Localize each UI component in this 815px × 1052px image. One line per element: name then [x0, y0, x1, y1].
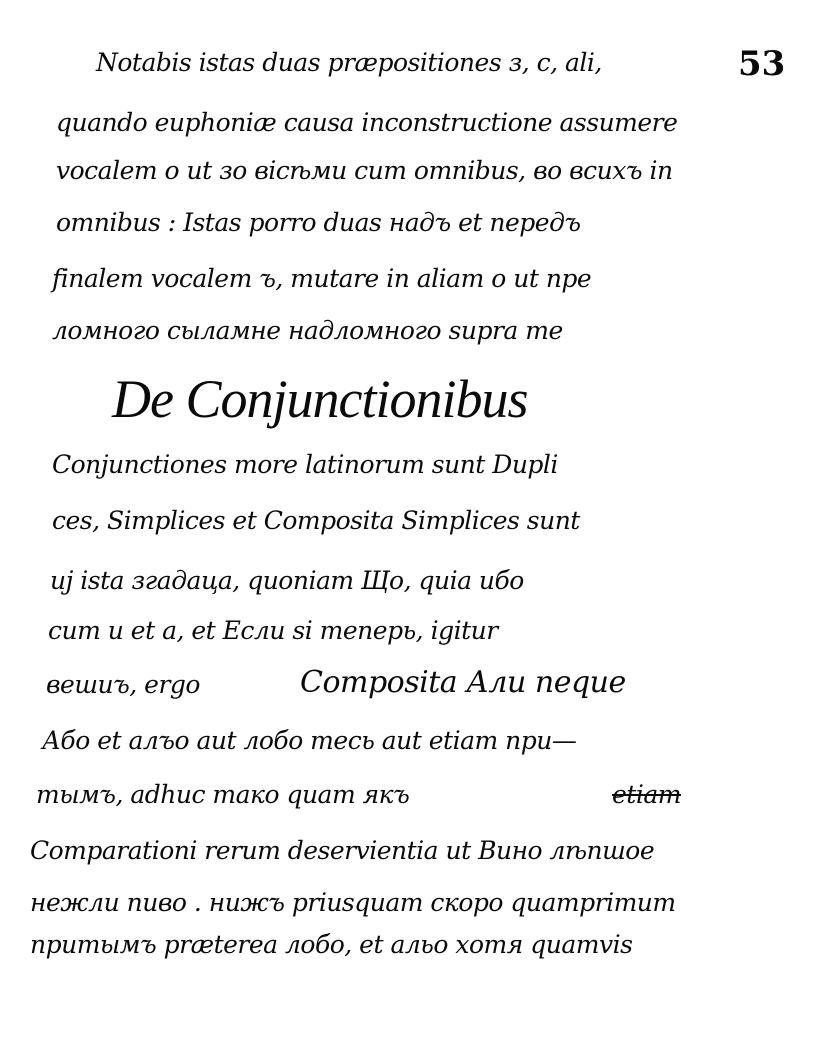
text-line: ces, Simplices et Composita Simplices su… — [52, 508, 580, 533]
text-line: вешиъ, ergo — [46, 672, 200, 697]
text-line: omnibus : Istas porro duas надъ et перед… — [56, 210, 581, 235]
text-line: Notabis istas duas præpositiones з, с, a… — [96, 50, 602, 75]
text-line: Conjunctiones more latinorum sunt Dupli — [52, 452, 558, 477]
text-line: Comparationi rerum deservientia ut Вино … — [30, 838, 654, 863]
text-line: Composita Али neque — [300, 668, 626, 698]
text-line: Або et алъо aut лобо тесь aut etiam при— — [42, 728, 576, 753]
manuscript-page: 53 Notabis istas duas præpositiones з, с… — [0, 0, 815, 1052]
text-line: vocalem o ut зо вісѣми cum omnibus, во в… — [56, 158, 673, 183]
text-line: cum и et а, et Если si теперь, igitur — [48, 618, 498, 643]
text-line: тымъ, adhuc тако quam якъ — [36, 782, 409, 807]
page-number: 53 — [738, 44, 785, 84]
text-line: finalem vocalem ъ, mutare in aliam o ut … — [52, 266, 591, 291]
text-line: притымъ præterea лобо, et альо хотя quam… — [30, 932, 632, 957]
struck-word: etiam — [612, 782, 681, 807]
text-line: quando euphoniæ causa inconstructione as… — [56, 110, 677, 135]
text-line: нежли пиво . нижъ priusquam скоро quampr… — [30, 890, 676, 915]
text-line: uj ista згадаца, quoniam Що, quia ибо — [50, 568, 524, 593]
text-line: ломного сыламне надломного supra me — [52, 318, 563, 343]
section-heading: De Conjunctionibus — [112, 368, 527, 430]
